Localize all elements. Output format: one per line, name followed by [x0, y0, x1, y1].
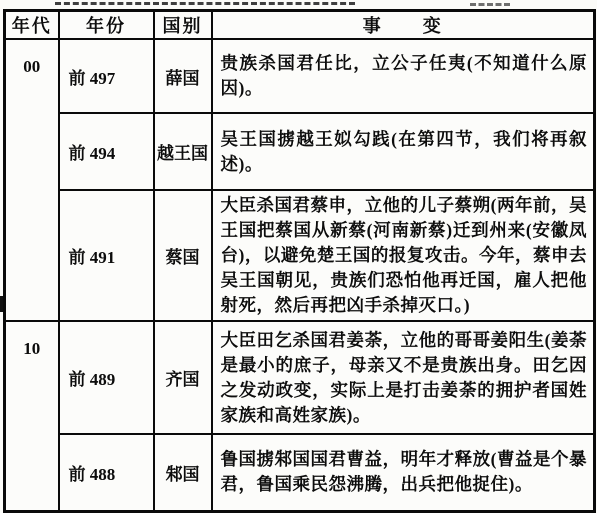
year-cell: 前 489 [59, 321, 154, 434]
event-cell: 大臣田乞杀国君姜荼，立他的哥哥姜阳生(姜荼是最小的庶子，母亲又不是贵族出身。田乞… [212, 321, 595, 434]
event-cell: 吴王国掳越王姒勾践(在第四节，我们将再叙述)。 [212, 113, 595, 190]
era-cell: 10 [5, 321, 59, 511]
year-cell: 前 497 [59, 39, 154, 113]
event-cell: 鲁国掳邾国国君曹益，明年才释放(曹益是个暴君，鲁国乘民怨沸腾，出兵把他捉住)。 [212, 434, 595, 511]
header-row: 年代 年份 国别 事 变 [5, 11, 595, 40]
table-row: 00 前 497 薛国 贵族杀国君任比，立公子任夷(不知道什么原因)。 [5, 39, 595, 113]
scan-artifact-dashes [55, 2, 355, 5]
state-cell: 薛国 [154, 39, 212, 113]
era-column-header: 年代 [5, 11, 59, 40]
year-cell: 前 494 [59, 113, 154, 190]
event-cell: 贵族杀国君任比，立公子任夷(不知道什么原因)。 [212, 39, 595, 113]
table-row: 前 491 蔡国 大臣杀国君蔡申，立他的儿子蔡朔(两年前，吴王国把蔡国从新蔡(河… [5, 190, 595, 321]
event-column-header: 事 变 [212, 11, 595, 40]
state-column-header: 国别 [154, 11, 212, 40]
table-row: 前 488 邾国 鲁国掳邾国国君曹益，明年才释放(曹益是个暴君，鲁国乘民怨沸腾，… [5, 434, 595, 511]
state-cell: 邾国 [154, 434, 212, 511]
year-cell: 前 491 [59, 190, 154, 321]
state-cell: 齐国 [154, 321, 212, 434]
state-cell: 蔡国 [154, 190, 212, 321]
year-column-header: 年份 [59, 11, 154, 40]
era-cell: 00 [5, 39, 59, 321]
table-row: 10 前 489 齐国 大臣田乞杀国君姜荼，立他的哥哥姜阳生(姜荼是最小的庶子，… [5, 321, 595, 434]
scanned-book-page: 年代 年份 国别 事 变 00 前 497 薛国 贵族杀国君任比，立公子任夷(不… [0, 0, 597, 513]
year-cell: 前 488 [59, 434, 154, 511]
state-cell: 越王国 [154, 113, 212, 190]
scan-artifact-dashes [470, 3, 510, 6]
chronology-table: 年代 年份 国别 事 变 00 前 497 薛国 贵族杀国君任比，立公子任夷(不… [3, 9, 596, 513]
event-cell: 大臣杀国君蔡申，立他的儿子蔡朔(两年前，吴王国把蔡国从新蔡(河南新蔡)迁到州来(… [212, 190, 595, 321]
table-row: 前 494 越王国 吴王国掳越王姒勾践(在第四节，我们将再叙述)。 [5, 113, 595, 190]
